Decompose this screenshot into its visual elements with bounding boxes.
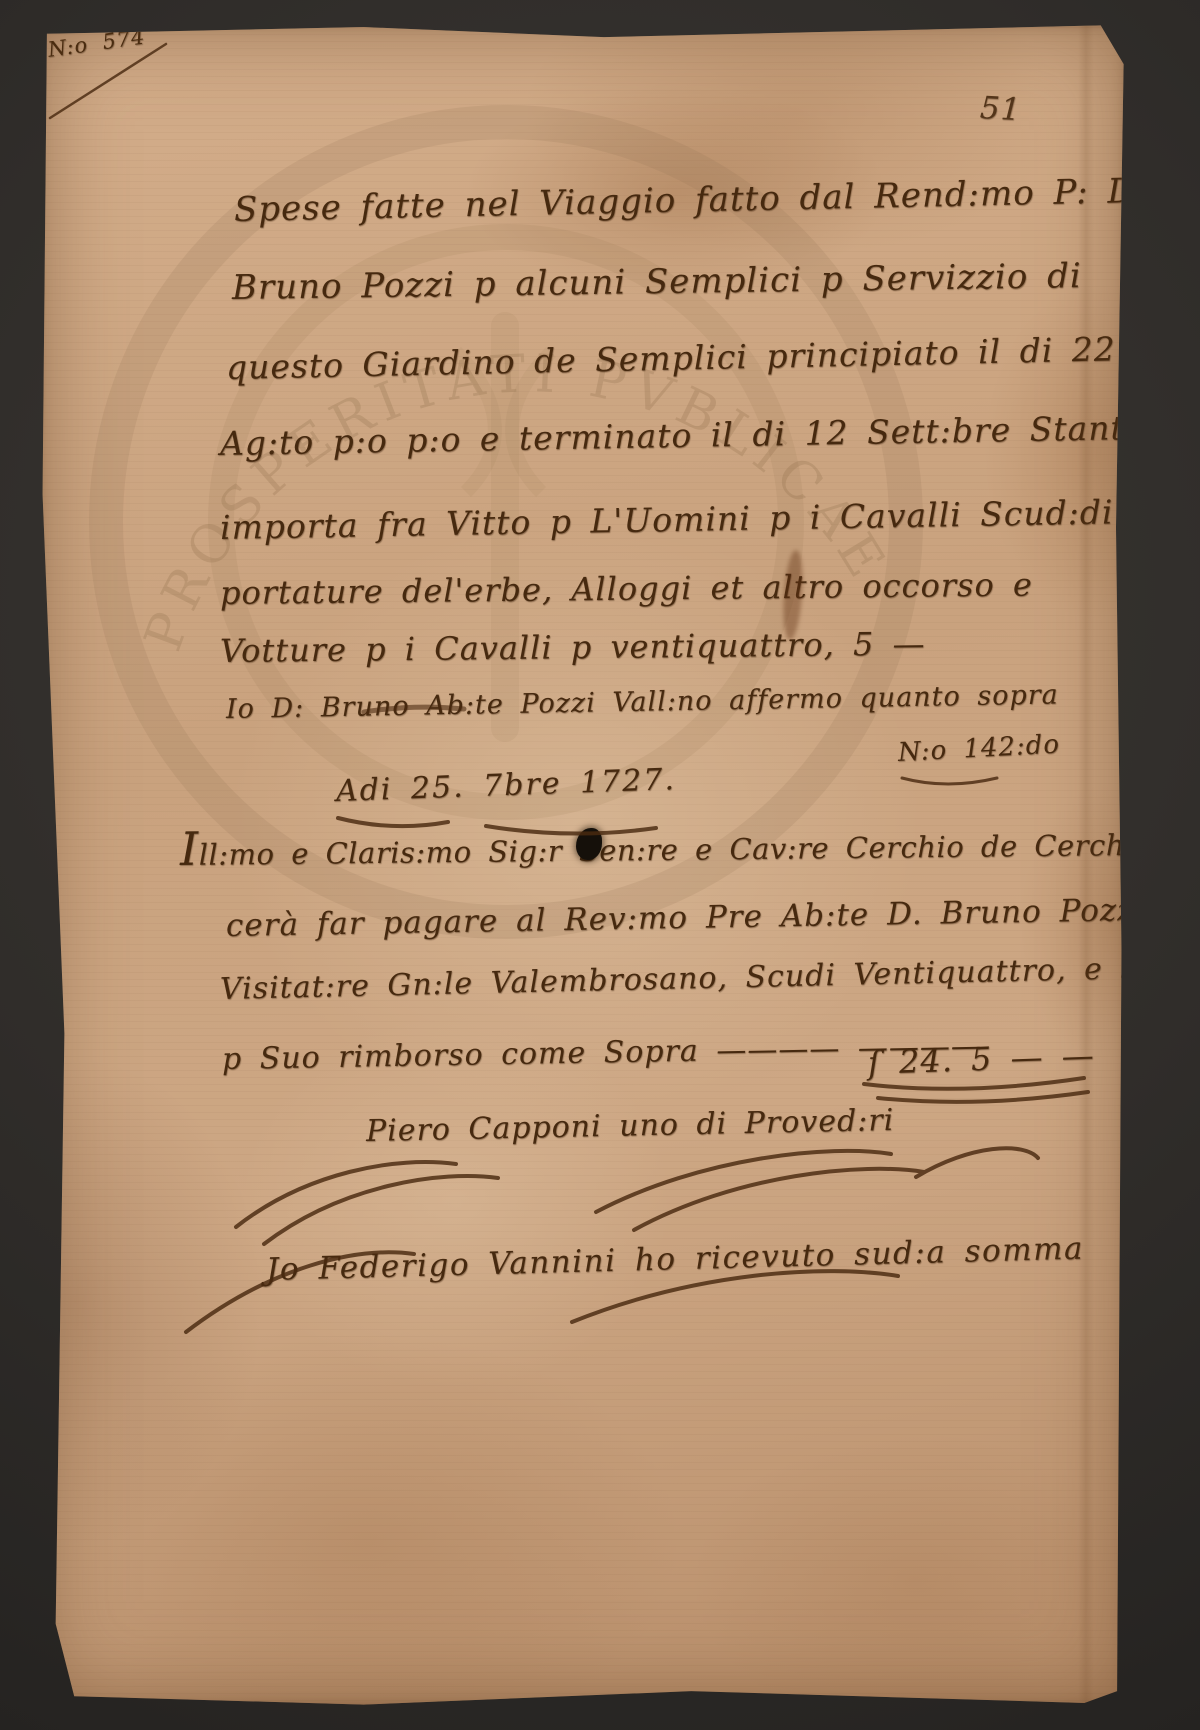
attestation-line: Io D: Bruno Ab:te Pozzi Vall:no affermo … xyxy=(226,679,1059,725)
expense-note-line-4: Ag:to p:o p:o e terminato il di 12 Sett:… xyxy=(220,406,1200,463)
expense-note-line-6: portature del'erbe, Alloggi et altro occ… xyxy=(220,565,1033,612)
payment-order-line-2: cerà far pagare al Rev:mo Pre Ab:te D. B… xyxy=(226,892,1146,944)
docket-number: N:o 142:do xyxy=(897,730,1061,768)
expense-note-line-7: Votture p i Cavalli p ventiquattro, 5 — xyxy=(220,625,926,670)
payment-order-line-3: Visitat:re Gn:le Valembrosano, Scudi Ven… xyxy=(220,948,1200,1007)
expense-note-line-3: questo Giardino de Semplici principiato … xyxy=(226,329,1117,387)
expense-note-line-2: Bruno Pozzi p alcuni Semplici p Servizzi… xyxy=(232,256,1082,308)
folio-number: 51 xyxy=(979,90,1022,128)
expense-note-line-1: Spese fatte nel Viaggio fatto dal Rend:m… xyxy=(234,171,1149,230)
expense-note-line-5: importa fra Vitto p L'Uomini p i Cavalli… xyxy=(220,492,1114,547)
date-line: Adi 25. 7bre 1727. xyxy=(335,762,676,809)
paper-fold-line xyxy=(1078,22,1094,1708)
manuscript-page: PROSPERITATI PVBLICAE N:o 574 51 Spese f… xyxy=(36,22,1128,1708)
signature-capponi: Piero Capponi uno di Proved:ri xyxy=(366,1103,895,1149)
archive-number: N:o 574 xyxy=(46,24,146,61)
photo-background: PROSPERITATI PVBLICAE N:o 574 51 Spese f… xyxy=(0,0,1200,1730)
signature-vannini: Jo Federigo Vannini ho ricevuto sud:a so… xyxy=(266,1231,1085,1288)
amount-figure: ſ 24. 5 — — xyxy=(867,1036,1095,1082)
payment-order-line-1: Ill:mo e Claris:mo Sig:r Sen:re e Cav:re… xyxy=(180,810,1200,876)
